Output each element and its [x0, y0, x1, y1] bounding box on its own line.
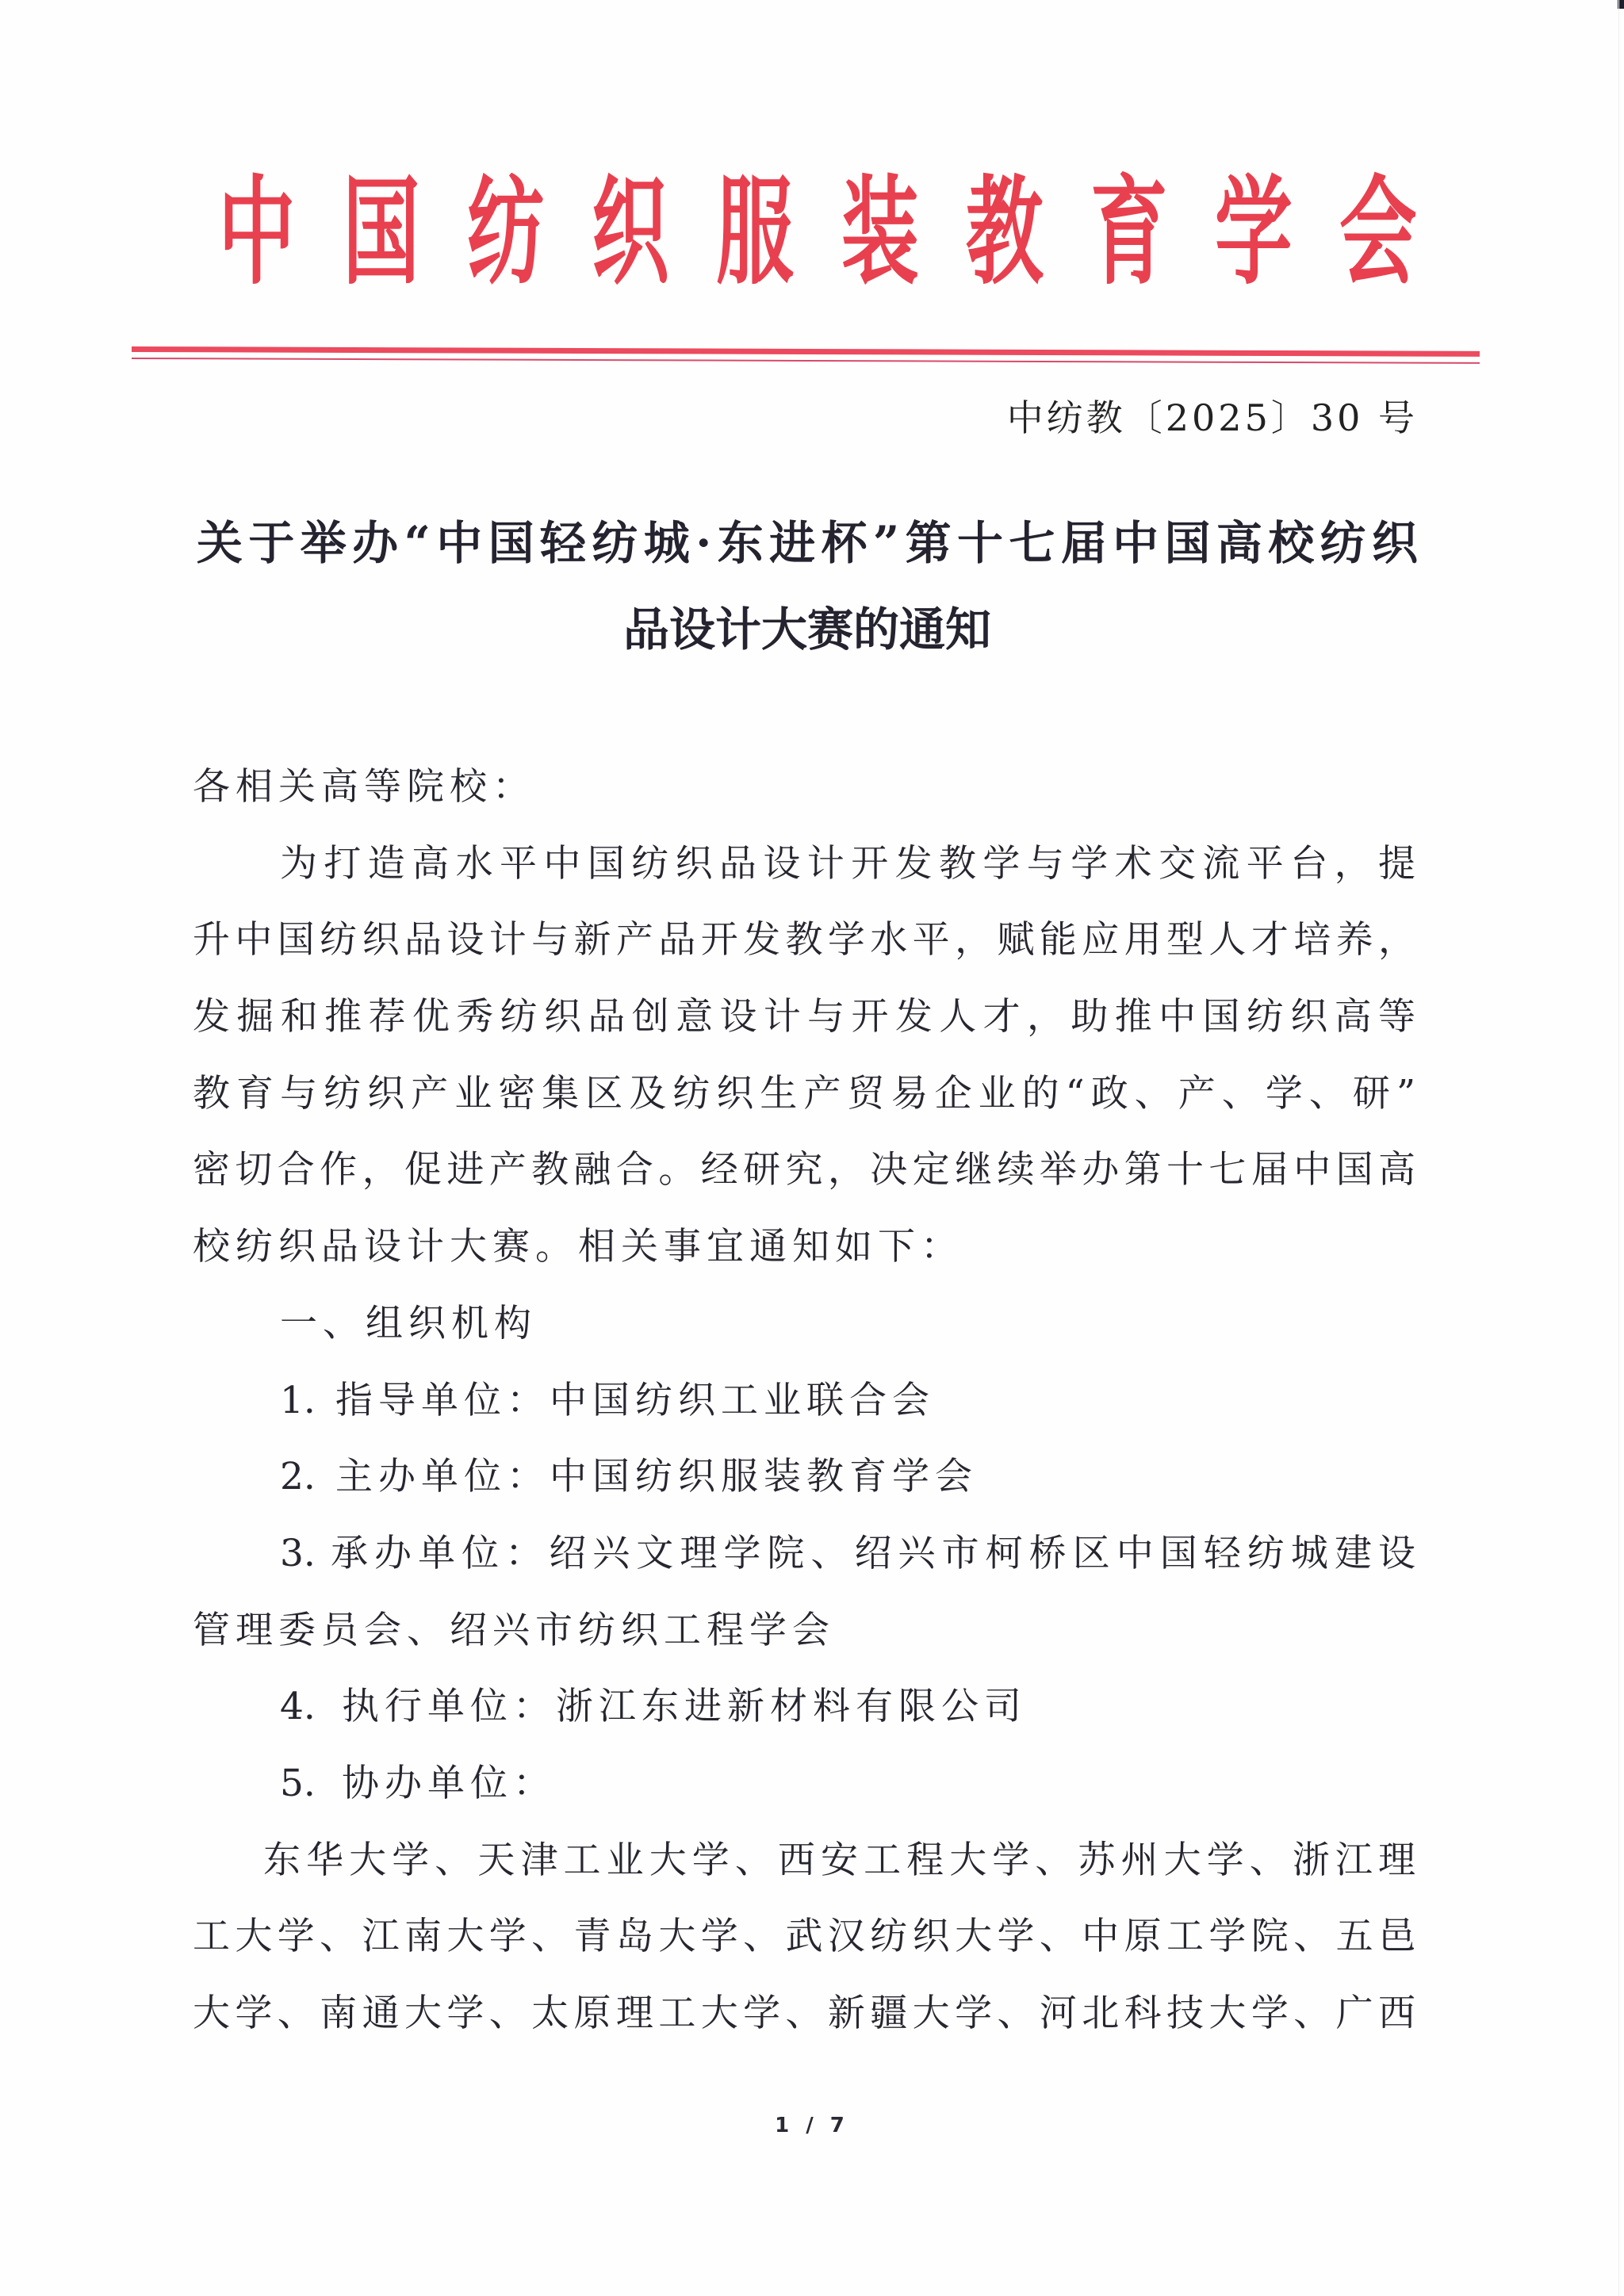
org-item-4: 4.执行单位：浙江东进新材料有限公司: [193, 1669, 1415, 1746]
letterhead-red-rule-thin: [132, 358, 1480, 364]
letterhead-char: 服: [716, 169, 766, 296]
paragraph-line: 教育与纺织产业密集区及纺织生产贸易企业的“政、产、学、研”: [193, 1056, 1415, 1133]
item-number: 1.: [280, 1363, 335, 1440]
item-text: 指导单位：中国纺织工业联合会: [335, 1379, 935, 1422]
letterhead-char: 国: [343, 169, 393, 296]
paragraph-line: 校纺织品设计大赛。相关事宜通知如下：: [193, 1209, 1415, 1286]
letterhead-char: 会: [1339, 169, 1389, 296]
document-body: 各相关高等院校： 为打造高水平中国纺织品设计开发教学与学术交流平台，提 升中国纺…: [193, 749, 1415, 2053]
item-text: 主办单位：中国纺织服装教育学会: [335, 1455, 978, 1498]
paragraph-line: 升中国纺织品设计与新产品开发教学水平，赋能应用型人才培养，: [193, 902, 1415, 979]
co-organizers-line: 工大学、江南大学、青岛大学、武汉纺织大学、中原工学院、五邑: [193, 1899, 1415, 1976]
org-item-3: 3.承办单位：绍兴文理学院、绍兴市柯桥区中国轻纺城建设: [193, 1516, 1415, 1593]
letterhead-char: 装: [841, 169, 891, 296]
salutation: 各相关高等院校：: [193, 749, 1415, 826]
item-number: 3.: [280, 1516, 331, 1593]
paragraph-line: 为打造高水平中国纺织品设计开发教学与学术交流平台，提: [193, 826, 1415, 903]
paragraph-line: 发掘和推荐优秀纺织品创意设计与开发人才，助推中国纺织高等: [193, 979, 1415, 1056]
page-number: 1 / 7: [0, 2114, 1624, 2137]
notice-title-line-2: 品设计大赛的通知: [197, 602, 1418, 657]
item-text: 协办单位：: [342, 1762, 556, 1805]
document-number: 中纺教〔2025〕30 号: [1007, 394, 1418, 442]
co-organizers-line: 大学、南通大学、太原理工大学、新疆大学、河北科技大学、广西: [193, 1976, 1415, 2053]
letterhead-char: 育: [1090, 169, 1140, 296]
org-item-3-continuation: 管理委员会、绍兴市纺织工程学会: [193, 1593, 1415, 1670]
notice-title-line-1: 关于举办“中国轻纺城·东进杯”第十七届中国高校纺织: [197, 515, 1418, 571]
section-heading: 一、组织机构: [193, 1286, 1415, 1363]
scan-edge-line: [1618, 0, 1619, 2296]
paragraph-line: 密切合作，促进产教融合。经研究，决定继续举办第十七届中国高: [193, 1132, 1415, 1209]
letterhead-char: 织: [592, 169, 642, 296]
document-page: 中 国 纺 织 服 装 教 育 学 会 中纺教〔2025〕30 号 关于举办“中…: [0, 0, 1624, 2296]
letterhead-char: 纺: [467, 169, 517, 296]
item-text: 执行单位：浙江东进新材料有限公司: [342, 1685, 1027, 1728]
letterhead-red-rule-thick: [132, 346, 1480, 357]
item-number: 5.: [280, 1746, 342, 1823]
letterhead-char: 教: [966, 169, 1016, 296]
item-text: 承办单位：绍兴文理学院、绍兴市柯桥区中国轻纺城建设: [331, 1516, 1415, 1593]
letterhead-char: 中: [218, 169, 268, 296]
org-item-1: 1.指导单位：中国纺织工业联合会: [193, 1363, 1415, 1440]
letterhead-organization-name: 中 国 纺 织 服 装 教 育 学 会: [218, 163, 1415, 301]
letterhead-char: 学: [1215, 169, 1265, 296]
item-number: 4.: [280, 1669, 342, 1746]
item-number: 2.: [280, 1439, 335, 1516]
org-item-2: 2.主办单位：中国纺织服装教育学会: [193, 1439, 1415, 1516]
co-organizers-line: 东华大学、天津工业大学、西安工程大学、苏州大学、浙江理: [193, 1823, 1415, 1900]
org-item-5: 5.协办单位：: [193, 1746, 1415, 1823]
